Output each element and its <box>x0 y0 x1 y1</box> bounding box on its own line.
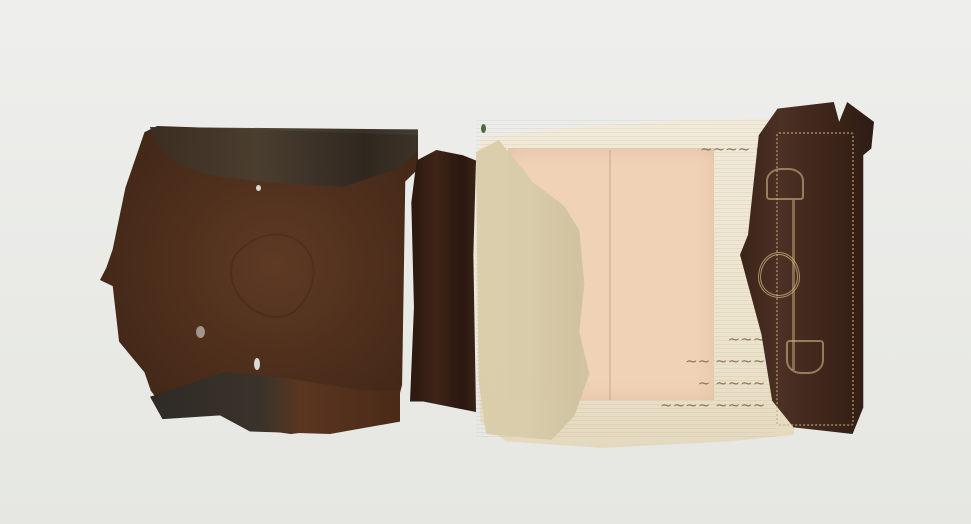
script-line: ~~~~ ~~ <box>660 350 765 372</box>
handwriting-bottom: ~~~ ~~~~ ~~ ~~~~ ~ ~~~~ ~~~~ <box>660 328 765 416</box>
script-line: ~~~ <box>660 328 765 350</box>
cover-hole <box>196 326 205 338</box>
cover-hole <box>254 358 260 370</box>
script-line: ~~~~ ~ <box>660 372 765 394</box>
green-fiber <box>481 124 486 133</box>
script-line: ~~~~ ~~~~ <box>660 394 765 416</box>
corner-ornament-bottom <box>786 340 824 374</box>
cover-hole <box>256 185 261 191</box>
corner-ornament-top <box>766 168 804 200</box>
leather-spine-strip <box>410 150 476 412</box>
medallion-ornament <box>758 252 800 298</box>
sheet-fold-line <box>609 150 611 400</box>
